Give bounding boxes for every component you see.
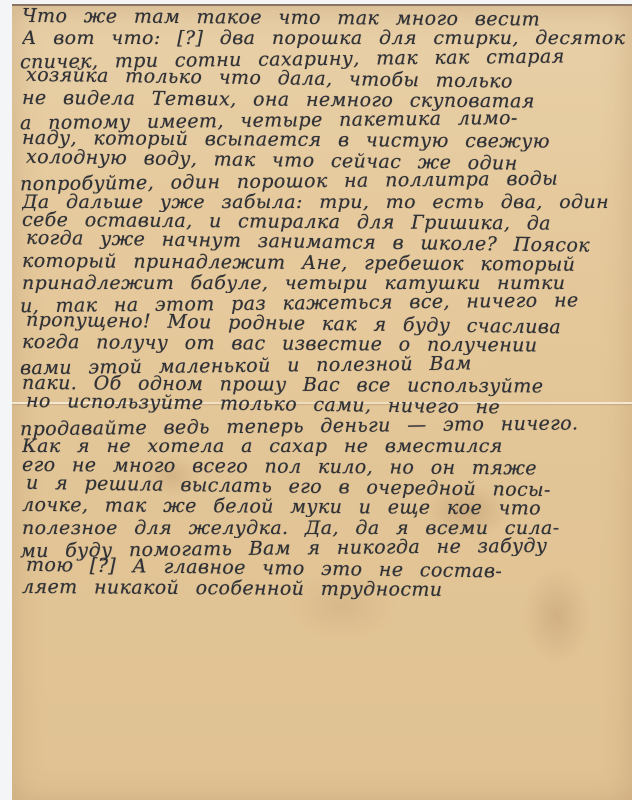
text-line: который принадлежит Ане, гребешок которы… [22, 251, 632, 276]
text-line: Да дальше уже забыла: три, то есть два, … [22, 192, 632, 212]
text-line: Что же там такое что так много весит [22, 6, 632, 31]
text-line: лочке, так же белой муки и еще кое что [22, 495, 632, 520]
text-line: А вот что: [?] два порошка для стирки, д… [22, 28, 632, 48]
text-line: ляет никакой особенной трудности [22, 577, 632, 602]
handwritten-text: Что же там такое что так много весит А в… [22, 8, 632, 599]
scanned-letter: Что же там такое что так много весит А в… [0, 0, 632, 800]
text-line: Как я не хотела а сахар не вместился [22, 436, 632, 456]
